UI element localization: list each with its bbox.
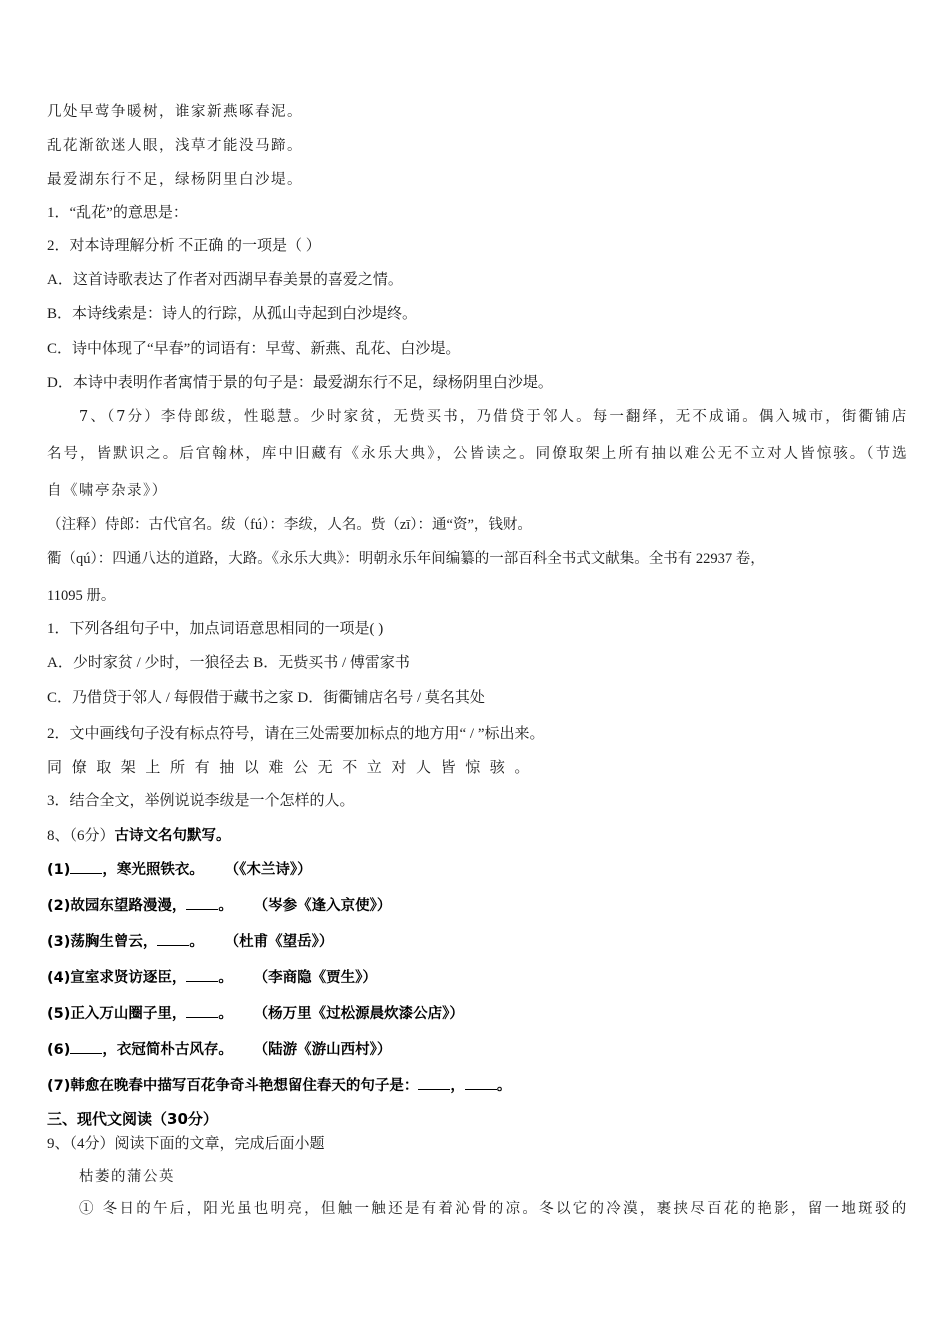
q8-item-num: (6) [47,1042,70,1058]
article-title: 枯萎的蒲公英 [79,1167,175,1187]
q8-item-source: （《木兰诗》） [232,862,312,878]
q8-item-source: （岑参《逢入京使》） [261,898,392,914]
q8-item-source: （杜甫《望岳》） [232,934,334,950]
q8-item-text: 宣室求贤访逐臣， [70,970,186,986]
q8-item-end: 。 [189,934,204,950]
q8-item-num: (2) [47,898,70,914]
q8-item-end: 。 [497,1078,512,1094]
answer-blank[interactable] [157,931,189,946]
q8-item-text: ，衣冠简朴古风存。 [102,1042,233,1058]
poem-line-2: 乱花渐欲迷人眼，浅草才能没马蹄。 [47,136,303,156]
q8-prefix: 8、（6分） [47,828,115,844]
q8-item-text: ，寒光照铁衣。 [102,862,204,878]
q8-item-2: (2)故园东望路漫漫，。（岑参《逢入京使》） [47,895,391,916]
q8-item-sep: ， [450,1078,465,1094]
q8-item-1: (1)，寒光照铁衣。（《木兰诗》） [47,859,312,880]
q8-item-text: 韩愈在晚春中描写百花争奇斗艳想留住春天的句子是： [70,1078,418,1094]
answer-blank[interactable] [70,1039,102,1054]
q8-item-source: （陆游《游山西村》） [261,1042,392,1058]
q6-option-d: D．本诗中表明作者寓情于景的句子是：最爱湖东行不足，绿杨阴里白沙堤。 [47,373,553,393]
q7-note-line-3: 11095 册。 [47,586,115,606]
q7-passage-line-1: 7、（7分）李侍郎绂，性聪慧。少时家贫，无赀买书，乃借贷于邻人。每一翻绎，无不成… [47,407,907,427]
q6-option-a: A．这首诗歌表达了作者对西湖早春美景的喜爱之情。 [47,270,403,290]
q8-item-4: (4)宣室求贤访逐臣，。（李商隐《贾生》） [47,967,377,988]
q8-item-num: (7) [47,1078,70,1094]
q7-sub2: 2．文中画线句子没有标点符号，请在三处需要加标点的地方用“ / ”标出来。 [47,724,545,744]
q7-underlined-sentence: 同僚取架上所有抽以难公无不立对人皆惊骇。 [47,758,539,778]
q7-options-row-1: A．少时家贫 / 少时，一狼径去 B．无赀买书 / 傅雷家书 [47,653,410,673]
q8-item-7: (7)韩愈在晚春中描写百花争奇斗艳想留住春天的句子是：，。 [47,1075,511,1096]
q7-note-line-1: （注释）侍郎：古代官名。绂（fú）：李绂，人名。赀（zī）：通“资”，钱财。 [47,515,532,535]
q8-item-3: (3)荡胸生曾云，。（杜甫《望岳》） [47,931,333,952]
article-paragraph-1: ① 冬日的午后，阳光虽也明亮，但触一触还是有着沁骨的凉。冬以它的冷漠，裹挟尽百花… [47,1199,907,1219]
q6-sub2: 2．对本诗理解分析 不正确 的一项是（ ） [47,236,321,256]
q7-sub1: 1．下列各组句子中，加点词语意思相同的一项是( ) [47,619,383,639]
q8-item-text: 正入万山圈子里， [70,1006,186,1022]
answer-blank[interactable] [70,859,102,874]
poem-line-3: 最爱湖东行不足，绿杨阴里白沙堤。 [47,170,303,190]
q8-item-text: 故园东望路漫漫， [70,898,186,914]
answer-blank[interactable] [465,1075,497,1090]
answer-blank[interactable] [186,1003,218,1018]
q8-item-6: (6)，衣冠简朴古风存。（陆游《游山西村》） [47,1039,391,1060]
q8-item-num: (4) [47,970,70,986]
section-3-title: 三、现代文阅读（30分） [47,1109,218,1129]
q7-sub3: 3．结合全文，举例说说李绂是一个怎样的人。 [47,791,355,811]
q7-options-row-2: C．乃借贷于邻人 / 每假借于藏书之家 D．街衢铺店名号 / 莫名其处 [47,688,485,708]
answer-blank[interactable] [418,1075,450,1090]
q7-passage-line-3: 自《啸亭杂录》） [47,481,168,501]
q8-item-5: (5)正入万山圈子里，。（杨万里《过松源晨炊漆公店》） [47,1003,464,1024]
q8-item-end: 。 [218,898,233,914]
q9-intro: 9、（4分）阅读下面的文章，完成后面小题 [47,1134,325,1154]
poem-line-1: 几处早莺争暖树，谁家新燕啄春泥。 [47,102,303,122]
q8-header: 8、（6分）古诗文名句默写。 [47,825,231,846]
q8-item-num: (3) [47,934,70,950]
answer-blank[interactable] [186,967,218,982]
q6-option-c: C．诗中体现了“早春”的词语有：早莺、新燕、乱花、白沙堤。 [47,339,460,359]
q8-item-end: 。 [218,1006,233,1022]
q7-passage-line-2: 名号，皆默识之。后官翰林，库中旧藏有《永乐大典》，公皆读之。同僚取架上所有抽以难… [47,444,907,464]
answer-blank[interactable] [186,895,218,910]
q8-item-text: 荡胸生曾云， [70,934,157,950]
q8-item-num: (1) [47,862,70,878]
q8-item-num: (5) [47,1006,70,1022]
q8-item-source: （杨万里《过松源晨炊漆公店》） [261,1006,464,1022]
q6-sub1: 1．“乱花”的意思是： [47,203,188,223]
q8-title: 古诗文名句默写。 [115,828,231,844]
q8-item-source: （李商隐《贾生》） [261,970,377,986]
q6-option-b: B．本诗线索是：诗人的行踪，从孤山寺起到白沙堤终。 [47,304,417,324]
q8-item-end: 。 [218,970,233,986]
q7-note-line-2: 衢（qú）：四通八达的道路，大路。《永乐大典》：明朝永乐年间编纂的一部百科全书式… [47,549,765,569]
